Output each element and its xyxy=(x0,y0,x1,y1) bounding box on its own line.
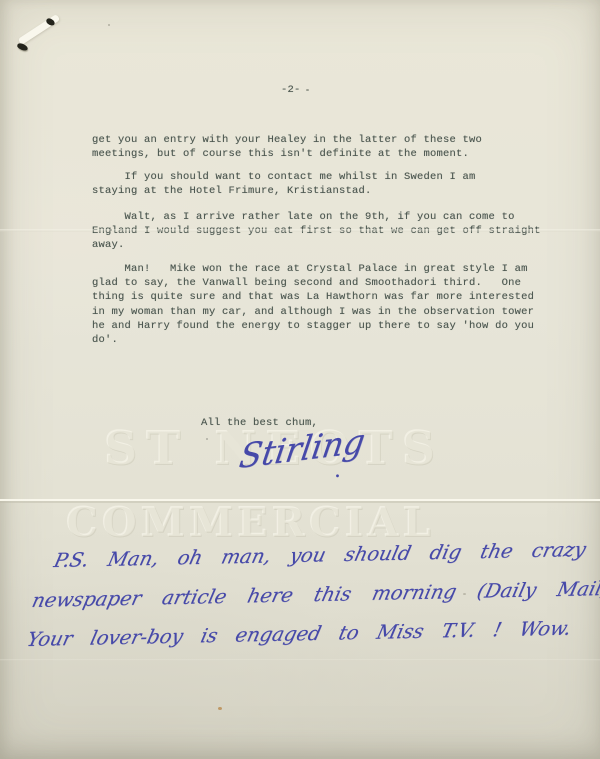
postscript-line-3: Your lover-boy is engaged to Miss T.V. !… xyxy=(25,617,574,651)
signature-period: . xyxy=(334,458,341,483)
paper-speck xyxy=(108,24,110,26)
paper-speck xyxy=(206,438,208,440)
paragraph-contact-sweden: If you should want to contact me whilst … xyxy=(92,170,476,198)
paper-speck xyxy=(463,593,466,595)
watermark-commercial: COMMERCIAL xyxy=(66,499,435,546)
letter-page: -2- get you an entry with your Healey in… xyxy=(0,0,600,759)
paragraph-entry-healey: get you an entry with your Healey in the… xyxy=(92,133,482,161)
fold-crease-upper xyxy=(0,229,600,232)
fold-crease-lower xyxy=(0,499,600,503)
staple-scratch-mark xyxy=(18,14,60,45)
paper-speck xyxy=(218,707,222,710)
paper-speck xyxy=(306,89,309,91)
postscript-line-2: newspaper article here this morning (Dai… xyxy=(30,577,600,612)
page-number: -2- xyxy=(281,83,301,97)
staple-hole-icon xyxy=(16,42,28,52)
paper-speck xyxy=(110,229,112,231)
paragraph-crystal-palace: Man! Mike won the race at Crystal Palace… xyxy=(92,262,534,347)
fold-crease-bottom xyxy=(0,659,600,661)
